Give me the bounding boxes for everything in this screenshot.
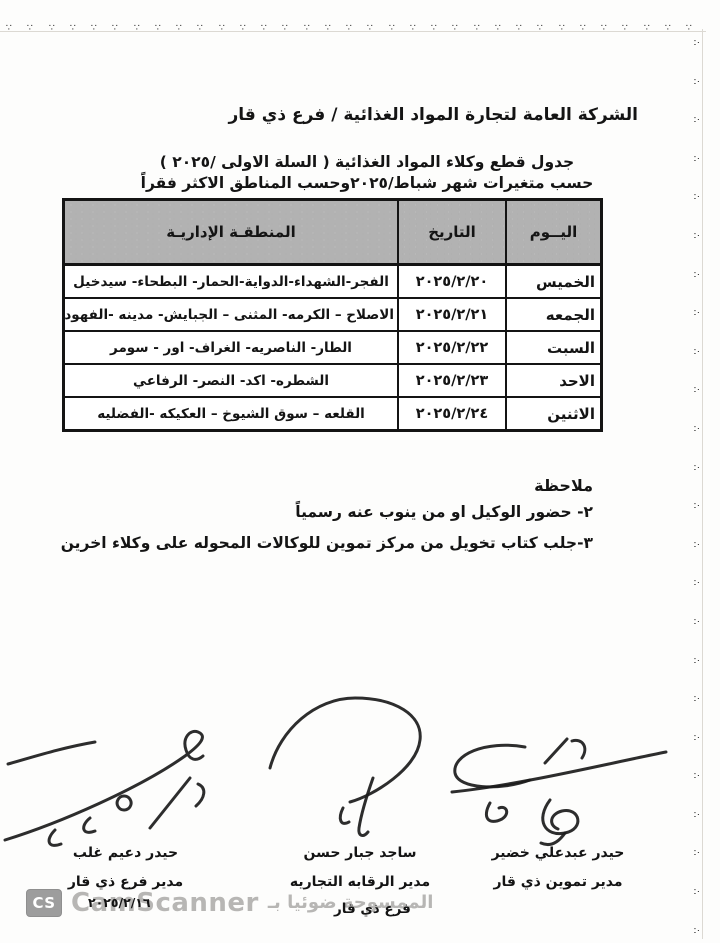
region-cell: الشطره- اكد- النصر- الرفاعي [64,364,399,397]
camscanner-logo-icon: CS [26,889,62,917]
notes-section: ملاحظة ٢- حضور الوكيل او من ينوب عنه رسم… [61,476,593,565]
table-row: الاحد ٢٠٢٥/٢/٢٣ الشطره- اكد- النصر- الرف… [64,364,602,397]
day-cell: الاثنين [506,397,602,431]
signer-title: مدير الرقابه التجاريه [280,874,440,890]
branch-label: فرع ذي قار [334,901,411,917]
signature-block-left: حيدر دعيم غلب مدير فرع ذي قار [48,845,203,890]
date-cell: ٢٠٢٥/٢/٢٢ [398,331,506,364]
signing-date: ٢٠٢٥/٢/١٦ [88,895,151,910]
table-row: الخميس ٢٠٢٥/٢/٢٠ الفجر-الشهداء-الدواية-ا… [64,265,602,299]
page-title: الشركة العامة لتجارة المواد الغذائية / ف… [229,105,638,125]
table-row: الاثنين ٢٠٢٥/٢/٢٤ القلعه – سوق الشيوخ – … [64,397,602,431]
page-subtitle: جدول قطع وكلاء المواد الغذائية ( السلة ا… [128,152,606,194]
day-cell: الخميس [506,265,602,299]
day-cell: السبت [506,331,602,364]
region-cell: القلعه – سوق الشيوخ – العكيكه -الفضليه [64,397,399,431]
signer-name: حيدر دعيم غلب [48,845,203,861]
signature-scribble-middle [255,690,440,840]
region-cell: الطار- الناصريه- الغراف- اور - سومر [64,331,399,364]
col-header-day: اليــوم [506,200,602,265]
schedule-table: اليــوم التاريخ المنطقـة الإداريـة الخمي… [62,198,603,432]
col-header-region: المنطقـة الإداريـة [64,200,399,265]
subtitle-line-1: جدول قطع وكلاء المواد الغذائية ( السلة ا… [128,152,606,173]
signer-title: مدير تموين ذي قار [473,874,643,890]
table-row: السبت ٢٠٢٥/٢/٢٢ الطار- الناصريه- الغراف-… [64,331,602,364]
subtitle-line-2: حسب متغيرات شهر شباط/٢٠٢٥وحسب المناطق ال… [128,173,606,194]
table-row: الجمعه ٢٠٢٥/٢/٢١ الاصلاح – الكرمه- المثن… [64,298,602,331]
signature-block-right: حيدر عبدعلي خضير مدير تموين ذي قار [473,845,643,890]
day-cell: الاحد [506,364,602,397]
note-item-2: ٢- حضور الوكيل او من ينوب عنه رسمياً [61,503,593,521]
signer-name: ساجد جبار حسن [280,845,440,861]
note-item-3: ٣-جلب كتاب تخويل من مركز تموين للوكالات … [61,534,593,552]
day-cell: الجمعه [506,298,602,331]
region-cell: الفجر-الشهداء-الدواية-الحمار- البطحاء- س… [64,265,399,299]
date-cell: ٢٠٢٥/٢/٢٠ [398,265,506,299]
signature-scribble-left [0,718,245,853]
perforation-marks-right: ∴∴∴∴∴∴∴∴∴∴∴∴∴∴∴∴∴∴∴∴∴∴∴∴ [692,38,698,935]
scan-crease-line-right [702,29,703,939]
date-cell: ٢٠٢٥/٢/٢٣ [398,364,506,397]
scan-crease-line-top [0,31,706,32]
perforation-marks-top: ∴∴∴∴∴∴∴∴∴∴∴∴∴∴∴∴∴∴∴∴∴∴∴∴∴∴∴∴∴∴∴∴∴ [6,21,692,30]
signature-scribble-right [430,725,680,855]
region-cell: الاصلاح – الكرمه- المثنى – الجبايش- مدين… [64,298,399,331]
col-header-date: التاريخ [398,200,506,265]
date-cell: ٢٠٢٥/٢/٢٤ [398,397,506,431]
date-cell: ٢٠٢٥/٢/٢١ [398,298,506,331]
table-header-row: اليــوم التاريخ المنطقـة الإداريـة [64,200,602,265]
notes-heading: ملاحظة [61,476,593,495]
signer-name: حيدر عبدعلي خضير [473,845,643,861]
signature-block-middle: ساجد جبار حسن مدير الرقابه التجاريه [280,845,440,890]
